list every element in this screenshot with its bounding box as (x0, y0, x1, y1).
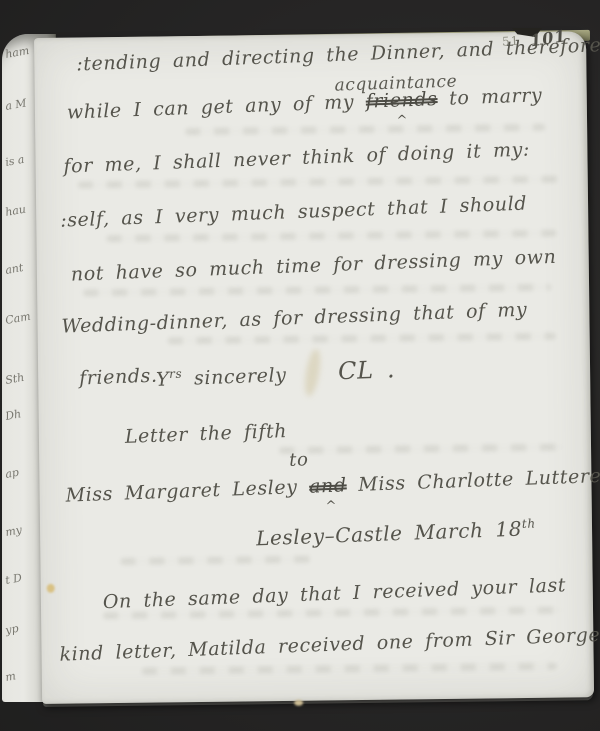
ink-showthrough (106, 230, 556, 242)
page-stain (302, 348, 323, 397)
heading-addressees-line: Miss Margaret Lesley and^ Miss Charlotte… (65, 465, 600, 507)
ink-showthrough (168, 333, 556, 345)
handwriting-line-7: friends. (79, 365, 158, 390)
page-stain (294, 700, 303, 706)
manuscript-page: 51 101 :tending and directing the Dinner… (34, 31, 594, 704)
line-2-text: while I can get any of my (67, 91, 367, 124)
letter-closing: Yrs sincerely (156, 363, 287, 391)
caret-mark: ^ (325, 499, 337, 514)
handwriting-line-2: while I can get any of my friends^ to ma… (67, 84, 543, 123)
line-2-text: to marry (437, 84, 543, 110)
closing-superscript: rs (169, 367, 183, 381)
ink-showthrough (279, 444, 564, 454)
caret-mark: ^ (396, 113, 408, 128)
dateline-superscript: th (522, 516, 536, 530)
photo-backdrop: { "folio": { "pencil": "51", "ink": "101… (0, 0, 600, 731)
handwriting-line-6: Wedding-dinner, as for dressing that of … (61, 299, 528, 338)
letter-heading-title: Letter the fifth (124, 420, 287, 448)
closing-text: sincerely (182, 364, 287, 390)
closing-text: Y (156, 368, 170, 390)
handwriting-paragraph-line-2: kind letter, Matilda received one from S… (59, 624, 600, 666)
dateline-text: Lesley–Castle March 18 (256, 517, 523, 551)
heading-addressee: Miss Charlotte Lutterell (346, 465, 600, 497)
handwriting-line-5: not have so much time for dressing my ow… (70, 246, 556, 286)
signature-period: . (373, 355, 395, 384)
handwriting-line-4: :self, as I very much suspect that I sho… (60, 193, 528, 232)
struck-word-friends: friends^ (365, 88, 438, 113)
struck-word-text: friends (365, 88, 438, 113)
struck-word-and: and^ (309, 474, 347, 497)
inserted-word-to: to (289, 449, 309, 471)
heading-from: Miss Margaret Lesley (65, 476, 309, 507)
dateline: Lesley–Castle March 18th (256, 516, 537, 550)
page-stain (47, 584, 55, 593)
signature-text: CL (338, 356, 375, 385)
handwriting-line-1: :tending and directing the Dinner, and t… (76, 34, 600, 75)
signature-initials: CL . (338, 355, 396, 385)
ink-showthrough (142, 663, 557, 675)
ink-showthrough (83, 284, 551, 297)
struck-word-text: and (309, 474, 347, 497)
handwriting-line-3: for me, I shall never think of doing it … (63, 139, 530, 178)
ink-showthrough (185, 124, 545, 135)
ink-showthrough (78, 176, 558, 189)
ink-showthrough (120, 556, 310, 565)
